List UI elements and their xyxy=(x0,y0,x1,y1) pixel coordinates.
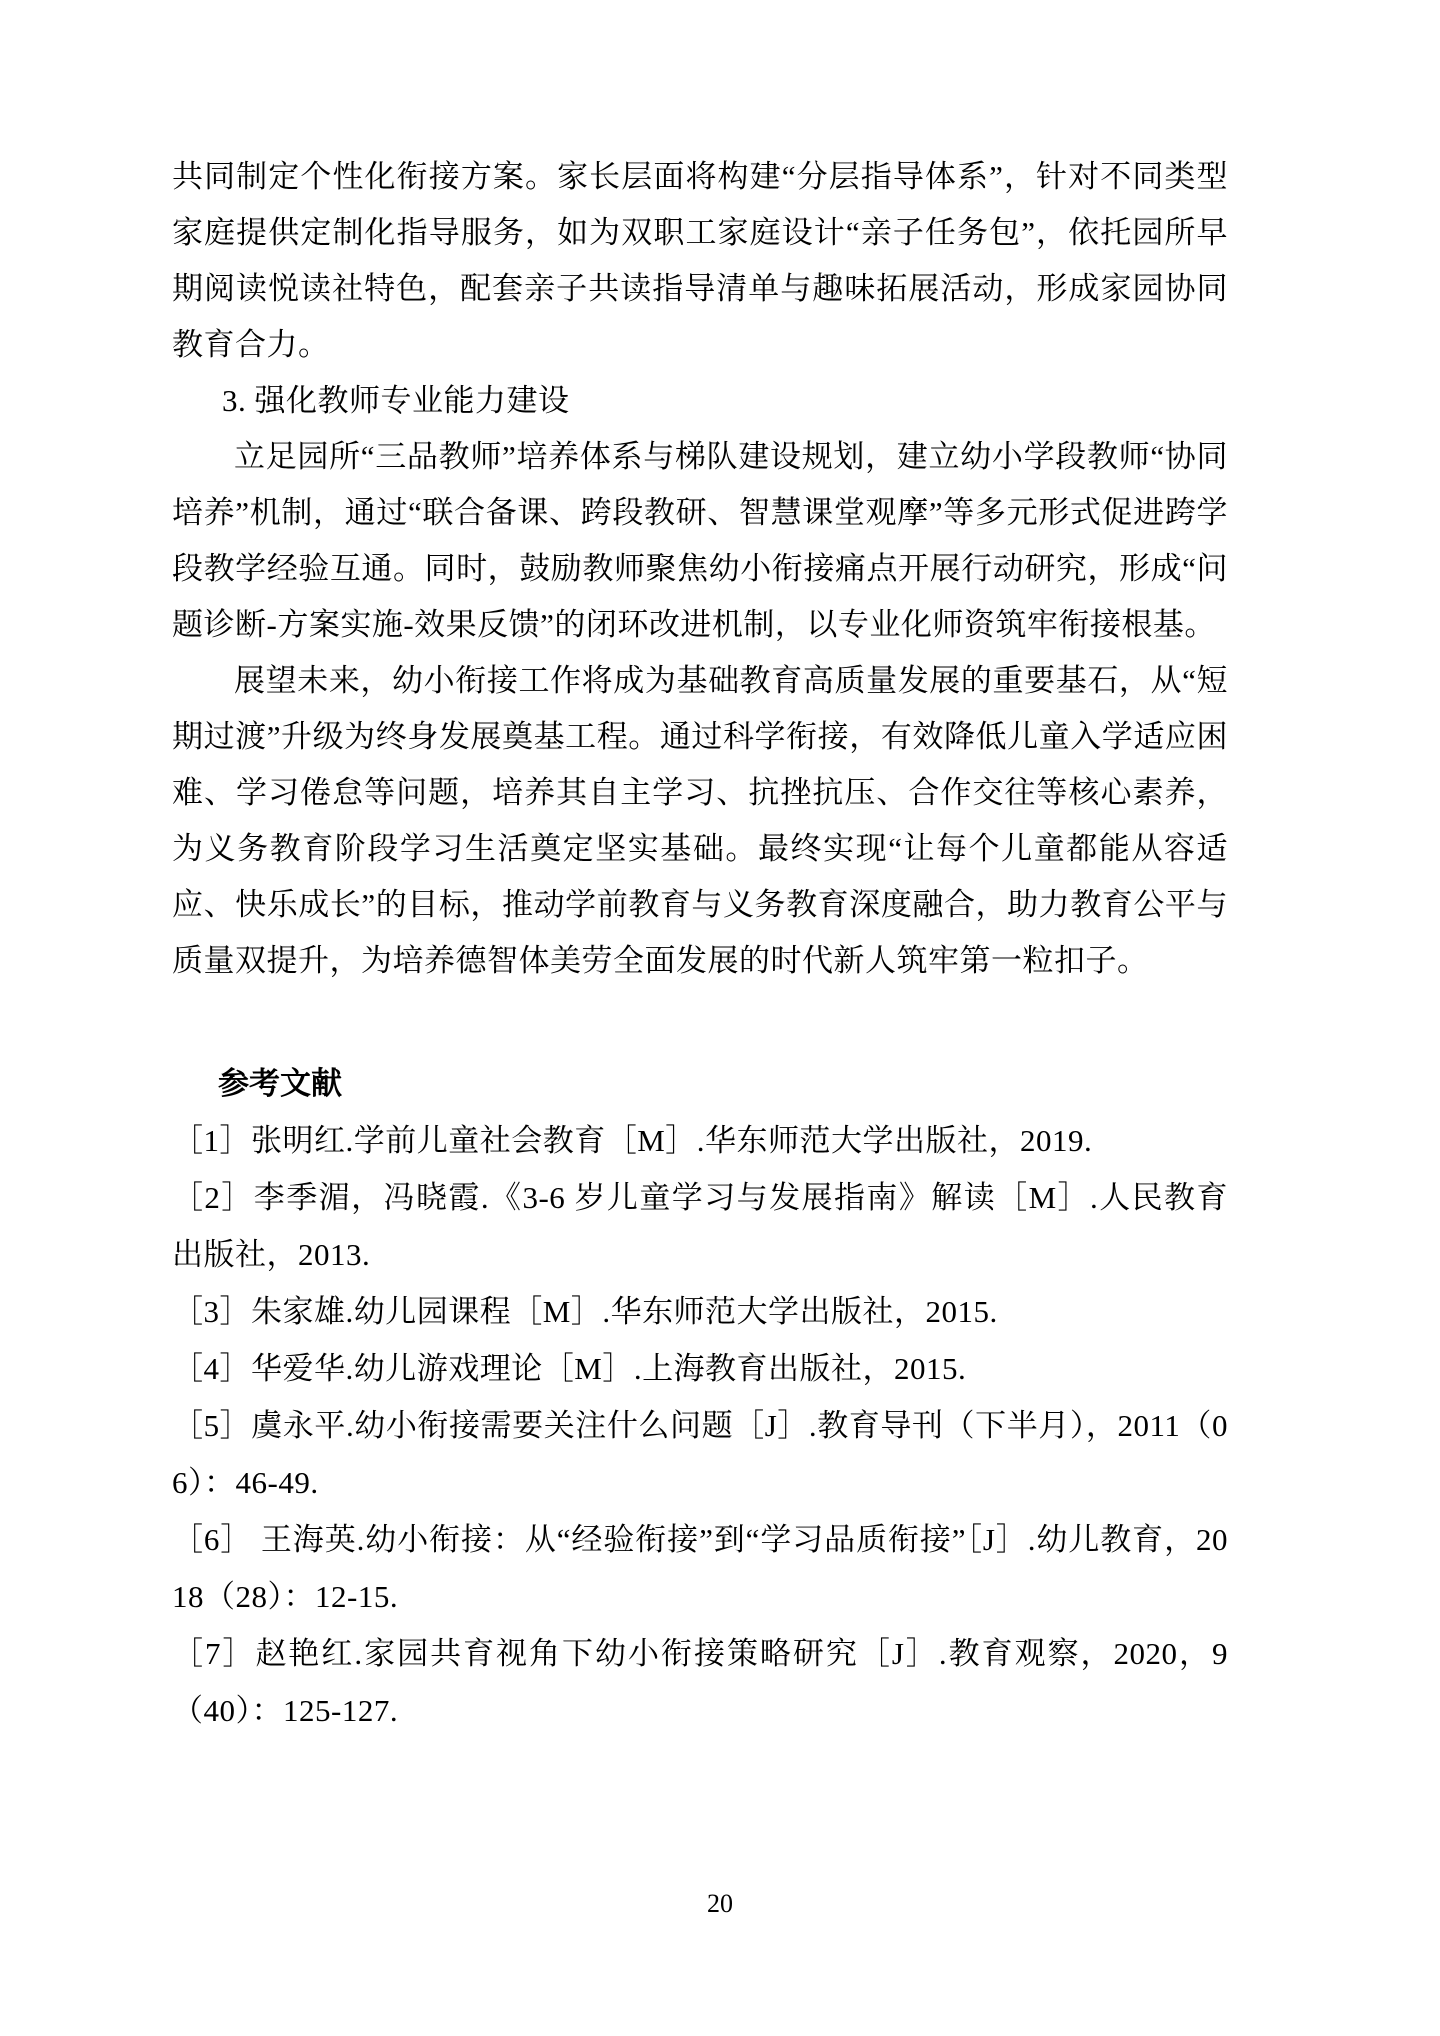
document-page: 共同制定个性化衔接方案。家长层面将构建“分层指导体系”，针对不同类型家庭提供定制… xyxy=(0,0,1440,2036)
reference-item-1: ［1］张明红.学前儿童社会教育［M］.华东师范大学出版社，2019. xyxy=(172,1112,1228,1169)
body-paragraph: 立足园所“三品教师”培养体系与梯队建设规划，建立幼小学段教师“协同培养”机制，通… xyxy=(172,429,1228,653)
reference-item-5: ［5］虞永平.幼小衔接需要关注什么问题［J］.教育导刊（下半月），2011（06… xyxy=(172,1397,1228,1511)
body-paragraph-outlook: 展望未来，幼小衔接工作将成为基础教育高质量发展的重要基石，从“短期过渡”升级为终… xyxy=(172,653,1228,989)
page-content: 共同制定个性化衔接方案。家长层面将构建“分层指导体系”，针对不同类型家庭提供定制… xyxy=(172,149,1228,1739)
reference-item-4: ［4］华爱华.幼儿游戏理论［M］.上海教育出版社，2015. xyxy=(172,1340,1228,1397)
body-paragraph-continuation: 共同制定个性化衔接方案。家长层面将构建“分层指导体系”，针对不同类型家庭提供定制… xyxy=(172,149,1228,373)
references-heading: 参考文献 xyxy=(172,1055,1228,1112)
numbered-subheading: 3. 强化教师专业能力建设 xyxy=(172,373,1228,429)
reference-item-3: ［3］朱家雄.幼儿园课程［M］.华东师范大学出版社，2015. xyxy=(172,1283,1228,1340)
page-number: 20 xyxy=(0,1889,1440,1919)
reference-item-2: ［2］李季湄，冯晓霞.《3-6 岁儿童学习与发展指南》解读［M］.人民教育出版社… xyxy=(172,1169,1228,1283)
reference-item-6: ［6］ 王海英.幼小衔接：从“经验衔接”到“学习品质衔接”［J］.幼儿教育，20… xyxy=(172,1511,1228,1625)
reference-item-7: ［7］赵艳红.家园共育视角下幼小衔接策略研究［J］.教育观察，2020，9 （4… xyxy=(172,1625,1228,1739)
